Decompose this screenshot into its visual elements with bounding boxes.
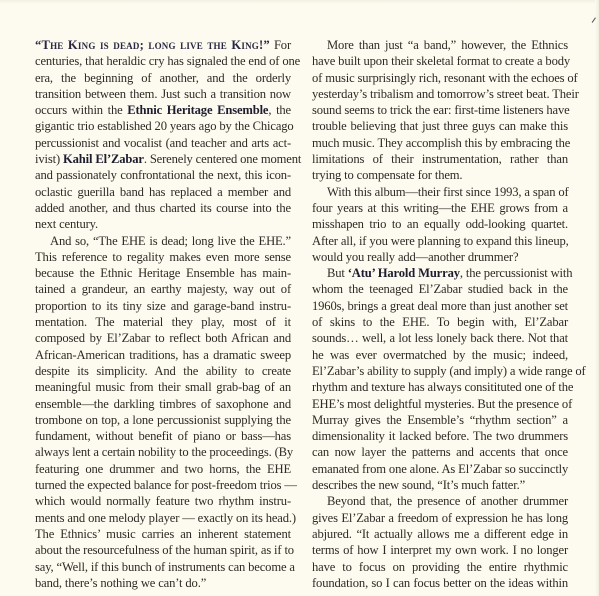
text-segment: four years at this writing—the EHE grows… bbox=[312, 201, 568, 215]
text-segment: gigantic trio established 20 years ago b… bbox=[35, 119, 294, 133]
text-line: trombone on top, a lone percussionist su… bbox=[35, 412, 291, 428]
text-segment: trouble believing that just three guys c… bbox=[312, 119, 568, 133]
text-segment: ivist) bbox=[35, 152, 63, 166]
text-segment: which would normally feature two rhythm … bbox=[35, 494, 291, 508]
text-line: whom the teenaged El’Zabar studied back … bbox=[312, 281, 568, 297]
text-segment: era, the beginning of another, and the o… bbox=[35, 71, 291, 85]
text-segment: EHE’s most delightful mysteries. But the… bbox=[312, 397, 572, 411]
text-segment: , the percussionist with bbox=[460, 266, 573, 280]
text-line: limitations of their instrumentation, ra… bbox=[312, 151, 568, 167]
text-line: ments and one melody player — exactly on… bbox=[35, 510, 291, 526]
text-segment: After all, if you were planning to expan… bbox=[312, 234, 569, 248]
text-line: have to focus on providing the entire rh… bbox=[312, 559, 568, 575]
text-column-right: More than just “a band,” however, the Et… bbox=[312, 37, 568, 591]
text-line: centuries, that heraldic cry has signale… bbox=[35, 53, 291, 69]
text-line: much music. They accomplish this by embr… bbox=[312, 135, 568, 151]
text-line: meaningful music from their small grab-b… bbox=[35, 379, 291, 395]
text-line: But ‘Atu’ Harold Murray, the percussioni… bbox=[312, 265, 568, 281]
text-segment: whom the teenaged El’Zabar studied back … bbox=[312, 282, 568, 296]
text-line: The Ethnics’ music carries an inherent s… bbox=[35, 526, 291, 542]
text-segment: African-American traditions, has a drama… bbox=[35, 348, 291, 362]
text-segment: can now layer the patterns and accents t… bbox=[312, 445, 568, 459]
text-line: have built upon their skeletal format to… bbox=[312, 53, 568, 69]
text-segment: added another, and thus charted its cour… bbox=[35, 201, 291, 215]
text-segment: trombone on top, a lone percussionist su… bbox=[35, 413, 291, 427]
text-segment: next century. bbox=[35, 217, 98, 231]
text-line: next century. bbox=[35, 216, 291, 232]
text-line: occurs within the Ethnic Heritage Ensemb… bbox=[35, 102, 291, 118]
text-segment: he was ever overmatched by the music; in… bbox=[312, 348, 568, 362]
bold-name: Ethnic Heritage Ensemble bbox=[127, 103, 268, 117]
text-segment: But bbox=[327, 266, 348, 280]
text-segment: fundament, without benefit of piano or b… bbox=[35, 429, 291, 443]
text-column-left: “The King is dead; long live the King!” … bbox=[35, 37, 291, 591]
text-line: trouble believing that just three guys c… bbox=[312, 118, 568, 134]
text-line: trying to compensate for them. bbox=[312, 167, 568, 183]
text-segment: mentation. The material they play, most … bbox=[35, 315, 291, 329]
text-line: which would normally feature two rhythm … bbox=[35, 493, 291, 509]
text-segment: of music surprisingly rich, resonant wit… bbox=[312, 71, 578, 85]
text-segment: misshapen trio to an equally odd-looking… bbox=[312, 217, 568, 231]
text-segment: ensemble—the darkling timbres of saxopho… bbox=[35, 397, 291, 411]
text-line: abjured. “It actually allows me a differ… bbox=[312, 526, 568, 542]
text-line: composed by El’Zabar to reflect both Afr… bbox=[35, 330, 291, 346]
text-line: Beyond that, the presence of another dru… bbox=[312, 493, 568, 509]
text-line: foundation, so I can focus better on the… bbox=[312, 575, 568, 591]
text-segment: describes the new sound, “It’s much fatt… bbox=[312, 478, 525, 492]
text-line: about the resourcefulness of the human s… bbox=[35, 542, 291, 558]
text-segment: And so, “The EHE is dead; long live the … bbox=[50, 234, 291, 248]
text-line: More than just “a band,” however, the Et… bbox=[312, 37, 568, 53]
text-segment: turned the expected balance for post-fre… bbox=[35, 478, 297, 492]
text-segment: centuries, that heraldic cry has signale… bbox=[35, 54, 300, 68]
text-line: proportion to its tiny size and garage-b… bbox=[35, 298, 291, 314]
text-segment: foundation, so I can focus better on the… bbox=[312, 576, 568, 590]
text-line: era, the beginning of another, and the o… bbox=[35, 70, 291, 86]
text-segment: would you really add—another drummer? bbox=[312, 250, 518, 264]
text-segment: have built upon their skeletal format to… bbox=[312, 54, 570, 68]
bold-name: Kahil El’Zabar bbox=[63, 152, 144, 166]
text-line: rhythm and texture has always consititut… bbox=[312, 379, 568, 395]
text-segment: composed by El’Zabar to reflect both Afr… bbox=[35, 331, 291, 345]
text-segment: . Serenely centered one moment bbox=[144, 152, 301, 166]
lead-in-heading: “The King is dead; long live the King!” bbox=[35, 38, 270, 52]
text-line: always lent a certain nobility to the pr… bbox=[35, 444, 291, 460]
text-line: El’Zabar’s ability to supply (and imply)… bbox=[312, 363, 568, 379]
text-segment: oclastic guerilla band has replaced a me… bbox=[35, 185, 291, 199]
text-line: turned the expected balance for post-fre… bbox=[35, 477, 291, 493]
text-segment: 1960s, brings a great deal more than jus… bbox=[312, 299, 568, 313]
text-segment: Beyond that, the presence of another dru… bbox=[327, 494, 568, 508]
text-segment: much music. They accomplish this by embr… bbox=[312, 136, 570, 150]
text-line: tained a grandeur, an earthy majesty, wa… bbox=[35, 281, 291, 297]
text-segment: El’Zabar’s ability to supply (and imply)… bbox=[312, 364, 586, 378]
text-segment: abjured. “It actually allows me a differ… bbox=[312, 527, 568, 541]
text-line: Murray gives the Ensemble’s “rhythm sect… bbox=[312, 412, 568, 428]
text-segment: have to focus on providing the entire rh… bbox=[312, 560, 568, 574]
text-segment: tained a grandeur, an earthy majesty, wa… bbox=[35, 282, 291, 296]
text-segment: rhythm and texture has always consititut… bbox=[312, 380, 573, 394]
text-line: After all, if you were planning to expan… bbox=[312, 233, 568, 249]
text-line: added another, and thus charted its cour… bbox=[35, 200, 291, 216]
text-segment: percussionist and vocalist (and teacher … bbox=[35, 136, 291, 150]
text-line: ivist) Kahil El’Zabar. Serenely centered… bbox=[35, 151, 291, 167]
text-line: can now layer the patterns and accents t… bbox=[312, 444, 568, 460]
text-line: “The King is dead; long live the King!” … bbox=[35, 37, 291, 53]
text-segment: band, there’s nothing we can’t do.” bbox=[35, 576, 206, 590]
text-segment: The Ethnics’ music carries an inherent s… bbox=[35, 527, 291, 541]
text-segment: featuring one drummer and two horns, the… bbox=[35, 462, 291, 476]
text-line: ensemble—the darkling timbres of saxopho… bbox=[35, 396, 291, 412]
text-line: he was ever overmatched by the music; in… bbox=[312, 347, 568, 363]
text-line: of skins to the EHE. To begin with, El’Z… bbox=[312, 314, 568, 330]
text-line: EHE’s most delightful mysteries. But the… bbox=[312, 396, 568, 412]
bold-name: ‘Atu’ Harold Murray bbox=[348, 266, 460, 280]
text-line: mentation. The material they play, most … bbox=[35, 314, 291, 330]
text-line: This reference to regality makes even mo… bbox=[35, 249, 291, 265]
text-line: And so, “The EHE is dead; long live the … bbox=[35, 233, 291, 249]
text-segment: occurs within the bbox=[35, 103, 127, 117]
text-segment: For bbox=[270, 38, 291, 52]
text-segment: emanated from one alone. As El’Zabar so … bbox=[312, 462, 568, 476]
text-segment: say, “Well, if this bunch of instruments… bbox=[35, 560, 295, 574]
text-segment: limitations of their instrumentation, ra… bbox=[312, 152, 568, 166]
text-line: of music surprisingly rich, resonant wit… bbox=[312, 70, 568, 86]
text-segment: This reference to regality makes even mo… bbox=[35, 250, 291, 264]
text-segment: meaningful music from their small grab-b… bbox=[35, 380, 291, 394]
text-segment: sound seems to trick the ear: first-time… bbox=[312, 103, 570, 117]
text-segment: because the Ethnic Heritage Ensemble has… bbox=[35, 266, 291, 280]
text-line: African-American traditions, has a drama… bbox=[35, 347, 291, 363]
text-line: would you really add—another drummer? bbox=[312, 249, 568, 265]
text-segment: ments and one melody player — exactly on… bbox=[35, 511, 296, 525]
text-line: describes the new sound, “It’s much fatt… bbox=[312, 477, 568, 493]
text-line: oclastic guerilla band has replaced a me… bbox=[35, 184, 291, 200]
text-line: featuring one drummer and two horns, the… bbox=[35, 461, 291, 477]
text-segment: More than just “a band,” however, the Et… bbox=[327, 38, 568, 52]
text-line: transition between them. Just such a tra… bbox=[35, 86, 291, 102]
text-segment: , the bbox=[268, 103, 291, 117]
text-line: misshapen trio to an equally odd-looking… bbox=[312, 216, 568, 232]
text-segment: and passionately confrontational the nex… bbox=[35, 168, 291, 182]
text-segment: Murray gives the Ensemble’s “rhythm sect… bbox=[312, 413, 568, 427]
text-segment: With this album—their first since 1993, … bbox=[327, 185, 569, 199]
text-line: band, there’s nothing we can’t do.” bbox=[35, 575, 291, 591]
text-segment: always lent a certain nobility to the pr… bbox=[35, 445, 293, 459]
text-segment: proportion to its tiny size and garage-b… bbox=[35, 299, 291, 313]
text-line: fundament, without benefit of piano or b… bbox=[35, 428, 291, 444]
text-line: emanated from one alone. As El’Zabar so … bbox=[312, 461, 568, 477]
text-segment: gives El’Zabar a freedom of expression h… bbox=[312, 511, 568, 525]
text-line: yesterday’s tribalism and tomorrow’s str… bbox=[312, 86, 568, 102]
text-line: gives El’Zabar a freedom of expression h… bbox=[312, 510, 568, 526]
text-line: With this album—their first since 1993, … bbox=[312, 184, 568, 200]
text-line: sound seems to trick the ear: first-time… bbox=[312, 102, 568, 118]
text-segment: sounds… well, a lot less lonely back the… bbox=[312, 331, 568, 345]
text-line: percussionist and vocalist (and teacher … bbox=[35, 135, 291, 151]
text-segment: of skins to the EHE. To begin with, El’Z… bbox=[312, 315, 568, 329]
text-segment: dimensionality it lacked before. The two… bbox=[312, 429, 568, 443]
text-line: four years at this writing—the EHE grows… bbox=[312, 200, 568, 216]
text-line: and passionately confrontational the nex… bbox=[35, 167, 291, 183]
text-line: despite its simplicity. And the ability … bbox=[35, 363, 291, 379]
text-line: 1960s, brings a great deal more than jus… bbox=[312, 298, 568, 314]
text-line: sounds… well, a lot less lonely back the… bbox=[312, 330, 568, 346]
text-segment: terms of how I interpret my own work. I … bbox=[312, 543, 568, 557]
text-line: gigantic trio established 20 years ago b… bbox=[35, 118, 291, 134]
text-line: say, “Well, if this bunch of instruments… bbox=[35, 559, 291, 575]
text-segment: yesterday’s tribalism and tomorrow’s str… bbox=[312, 87, 579, 101]
text-line: terms of how I interpret my own work. I … bbox=[312, 542, 568, 558]
text-segment: about the resourcefulness of the human s… bbox=[35, 543, 294, 557]
page-edge-top bbox=[0, 0, 599, 4]
text-segment: trying to compensate for them. bbox=[312, 168, 462, 182]
text-line: dimensionality it lacked before. The two… bbox=[312, 428, 568, 444]
text-line: because the Ethnic Heritage Ensemble has… bbox=[35, 265, 291, 281]
page-edge-right bbox=[595, 0, 599, 596]
text-segment: transition between them. Just such a tra… bbox=[35, 87, 291, 101]
text-segment: despite its simplicity. And the ability … bbox=[35, 364, 291, 378]
